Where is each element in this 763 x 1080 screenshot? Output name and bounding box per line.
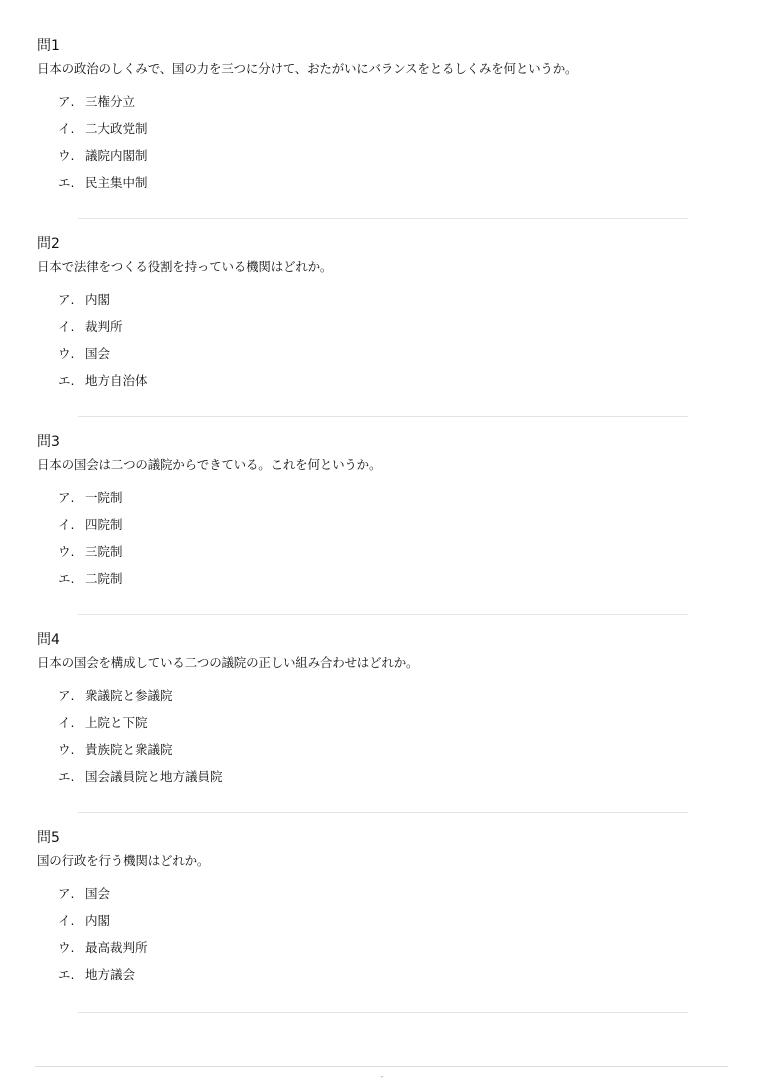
option-u: ウ.三院制 <box>58 538 727 565</box>
option-u: ウ.議院内閣制 <box>58 142 727 169</box>
option-label: イ. <box>58 313 85 340</box>
option-label: ウ. <box>58 736 85 763</box>
option-label: イ. <box>58 709 85 736</box>
option-label: イ. <box>58 511 85 538</box>
option-a: ア.内閣 <box>58 286 727 313</box>
question-divider <box>78 614 688 615</box>
question-5: 問5 国の行政を行う機関はどれか。 ア.国会 イ.内閣 ウ.最高裁判所 エ.地方… <box>37 828 727 1026</box>
option-text: 上院と下院 <box>85 709 148 736</box>
option-text: 二大政党制 <box>85 115 148 142</box>
option-label: エ. <box>58 565 85 592</box>
option-label: エ. <box>58 367 85 394</box>
option-e: エ.地方自治体 <box>58 367 727 394</box>
option-label: イ. <box>58 907 85 934</box>
option-label: ア. <box>58 682 85 709</box>
option-i: イ.上院と下院 <box>58 709 727 736</box>
question-text: 日本の政治のしくみで、国の力を三つに分けて、おたがいにバランスをとるしくみを何と… <box>37 60 727 78</box>
option-list: ア.内閣 イ.裁判所 ウ.国会 エ.地方自治体 <box>37 286 727 394</box>
option-e: エ.民主集中制 <box>58 169 727 196</box>
option-text: 貴族院と衆議院 <box>85 736 173 763</box>
question-text: 日本で法律をつくる役割を持っている機関はどれか。 <box>37 258 727 276</box>
option-text: 最高裁判所 <box>85 934 148 961</box>
question-text: 国の行政を行う機関はどれか。 <box>37 852 727 870</box>
option-e: エ.地方議会 <box>58 961 727 988</box>
footer-divider <box>35 1066 728 1067</box>
question-1: 問1 日本の政治のしくみで、国の力を三つに分けて、おたがいにバランスをとるしくみ… <box>37 36 727 234</box>
option-list: ア.国会 イ.内閣 ウ.最高裁判所 エ.地方議会 <box>37 880 727 988</box>
option-text: 内閣 <box>85 286 110 313</box>
footer-page-mark: - <box>379 1074 385 1080</box>
option-text: 国会 <box>85 880 110 907</box>
option-label: エ. <box>58 961 85 988</box>
question-number: 問4 <box>37 630 727 650</box>
question-text: 日本の国会は二つの議院からできている。これを何というか。 <box>37 456 727 474</box>
option-label: ウ. <box>58 934 85 961</box>
option-u: ウ.貴族院と衆議院 <box>58 736 727 763</box>
option-list: ア.衆議院と参議院 イ.上院と下院 ウ.貴族院と衆議院 エ.国会議員院と地方議員… <box>37 682 727 790</box>
question-divider <box>78 416 688 417</box>
option-label: ウ. <box>58 538 85 565</box>
option-u: ウ.最高裁判所 <box>58 934 727 961</box>
option-i: イ.四院制 <box>58 511 727 538</box>
option-a: ア.国会 <box>58 880 727 907</box>
option-text: 三院制 <box>85 538 123 565</box>
question-divider <box>78 218 688 219</box>
option-label: ウ. <box>58 340 85 367</box>
question-number: 問2 <box>37 234 727 254</box>
option-text: 二院制 <box>85 565 123 592</box>
option-label: エ. <box>58 169 85 196</box>
option-label: ア. <box>58 88 85 115</box>
option-text: 民主集中制 <box>85 169 148 196</box>
option-list: ア.三権分立 イ.二大政党制 ウ.議院内閣制 エ.民主集中制 <box>37 88 727 196</box>
question-number: 問1 <box>37 36 727 56</box>
option-label: ア. <box>58 286 85 313</box>
option-a: ア.一院制 <box>58 484 727 511</box>
quiz-page: 問1 日本の政治のしくみで、国の力を三つに分けて、おたがいにバランスをとるしくみ… <box>37 36 727 1026</box>
question-2: 問2 日本で法律をつくる役割を持っている機関はどれか。 ア.内閣 イ.裁判所 ウ… <box>37 234 727 432</box>
option-text: 衆議院と参議院 <box>85 682 173 709</box>
option-label: イ. <box>58 115 85 142</box>
option-a: ア.衆議院と参議院 <box>58 682 727 709</box>
option-text: 地方議会 <box>85 961 135 988</box>
option-label: エ. <box>58 763 85 790</box>
question-3: 問3 日本の国会は二つの議院からできている。これを何というか。 ア.一院制 イ.… <box>37 432 727 630</box>
question-divider <box>78 1012 688 1013</box>
option-text: 裁判所 <box>85 313 123 340</box>
option-e: エ.二院制 <box>58 565 727 592</box>
option-text: 三権分立 <box>85 88 135 115</box>
option-i: イ.裁判所 <box>58 313 727 340</box>
option-label: ウ. <box>58 142 85 169</box>
option-i: イ.二大政党制 <box>58 115 727 142</box>
question-divider <box>78 812 688 813</box>
option-list: ア.一院制 イ.四院制 ウ.三院制 エ.二院制 <box>37 484 727 592</box>
option-text: 地方自治体 <box>85 367 148 394</box>
option-i: イ.内閣 <box>58 907 727 934</box>
option-label: ア. <box>58 880 85 907</box>
option-text: 国会 <box>85 340 110 367</box>
option-text: 四院制 <box>85 511 123 538</box>
option-u: ウ.国会 <box>58 340 727 367</box>
option-text: 一院制 <box>85 484 123 511</box>
question-4: 問4 日本の国会を構成している二つの議院の正しい組み合わせはどれか。 ア.衆議院… <box>37 630 727 828</box>
option-text: 内閣 <box>85 907 110 934</box>
question-text: 日本の国会を構成している二つの議院の正しい組み合わせはどれか。 <box>37 654 727 672</box>
option-e: エ.国会議員院と地方議員院 <box>58 763 727 790</box>
option-label: ア. <box>58 484 85 511</box>
question-number: 問5 <box>37 828 727 848</box>
option-a: ア.三権分立 <box>58 88 727 115</box>
question-number: 問3 <box>37 432 727 452</box>
option-text: 国会議員院と地方議員院 <box>85 763 223 790</box>
option-text: 議院内閣制 <box>85 142 148 169</box>
